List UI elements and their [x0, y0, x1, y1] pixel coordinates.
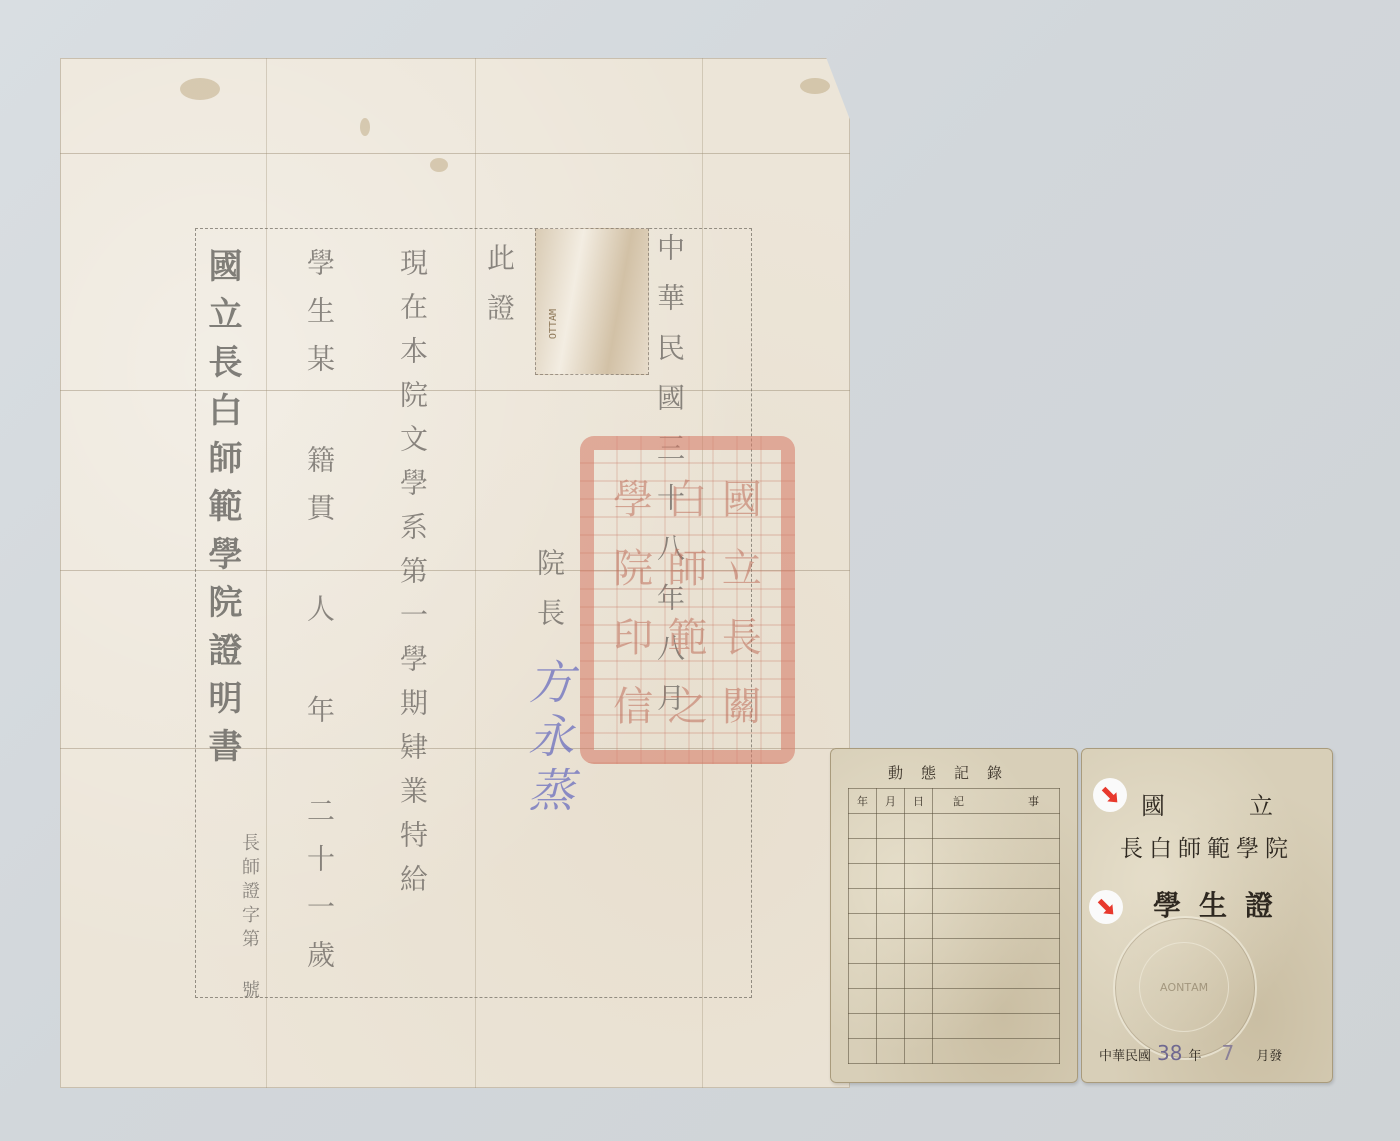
president-signature: 方永蒸 [515, 658, 581, 820]
table-row [849, 964, 1060, 989]
seal-text: 學白國 院師立 印範長 信之關 [606, 462, 769, 738]
issue-date: 中華民國 38 年 7 月發 [1099, 1041, 1319, 1065]
red-arrow-marker-1 [1093, 778, 1127, 812]
table-row [849, 864, 1060, 889]
header-day: 日 [905, 789, 933, 814]
official-red-seal: 學白國 院師立 印範長 信之關 [580, 436, 795, 764]
president-label-column: 院長 [535, 548, 563, 648]
embossed-seal-text: МАТИОА [1139, 942, 1229, 1032]
header-record: 記 事 [933, 789, 1060, 814]
stain [360, 118, 370, 136]
activity-record-table: 年 月 日 記 事 [848, 788, 1060, 1064]
certificate-number-column: 長師證字第 號 [240, 833, 258, 1004]
header-month: 月 [877, 789, 905, 814]
id-booklet-cover-page: 國 立 長白師範學院 學生證 МАТИОА 中華民國 38 年 7 月發 [1081, 748, 1333, 1083]
issue-year: 38 [1157, 1041, 1182, 1065]
photo-stamp-text: OTTAM [548, 309, 559, 339]
date-prefix: 中華民國 [1099, 1045, 1151, 1064]
student-info-column: 學生某 籍貫 人 年 二十一歲 [305, 248, 333, 988]
table-row [849, 914, 1060, 939]
college-name: 長白師範學院 [1081, 830, 1333, 863]
national-label: 國 立 [1141, 786, 1273, 821]
year-unit: 年 [1188, 1045, 1201, 1064]
record-page-title: 動態記錄 [830, 762, 1078, 783]
attestation-column: 此證 [485, 243, 513, 343]
stain [800, 78, 830, 94]
embossed-seal: МАТИОА [1113, 916, 1257, 1060]
table-row [849, 814, 1060, 839]
table-row [849, 939, 1060, 964]
arrow-down-right-icon [1099, 784, 1121, 806]
photo-placeholder: OTTAM [535, 228, 649, 375]
enrollment-statement-column: 現在本院文學系第一學期肄業特給 [398, 248, 426, 908]
stain [430, 158, 448, 172]
table-row [849, 1039, 1060, 1064]
table-row [849, 989, 1060, 1014]
table-row [849, 839, 1060, 864]
id-booklet-record-page: 動態記錄 年 月 日 記 事 [830, 748, 1078, 1083]
student-id-title: 學生證 [1081, 884, 1333, 924]
stain [180, 78, 220, 100]
table-row [849, 1014, 1060, 1039]
student-certificate-document: OTTAM 中華民國三十八年八月 院長 此證 現在本院文學系第一學期肄業特給 學… [60, 58, 850, 1088]
fold-line [60, 153, 850, 154]
table-header-row: 年 月 日 記 事 [849, 789, 1060, 814]
certificate-title-column: 國立長白師範學院證明書 [205, 248, 239, 776]
header-year: 年 [849, 789, 877, 814]
table-row [849, 889, 1060, 914]
month-suffix: 月發 [1256, 1045, 1282, 1064]
issue-month: 7 [1221, 1041, 1234, 1065]
